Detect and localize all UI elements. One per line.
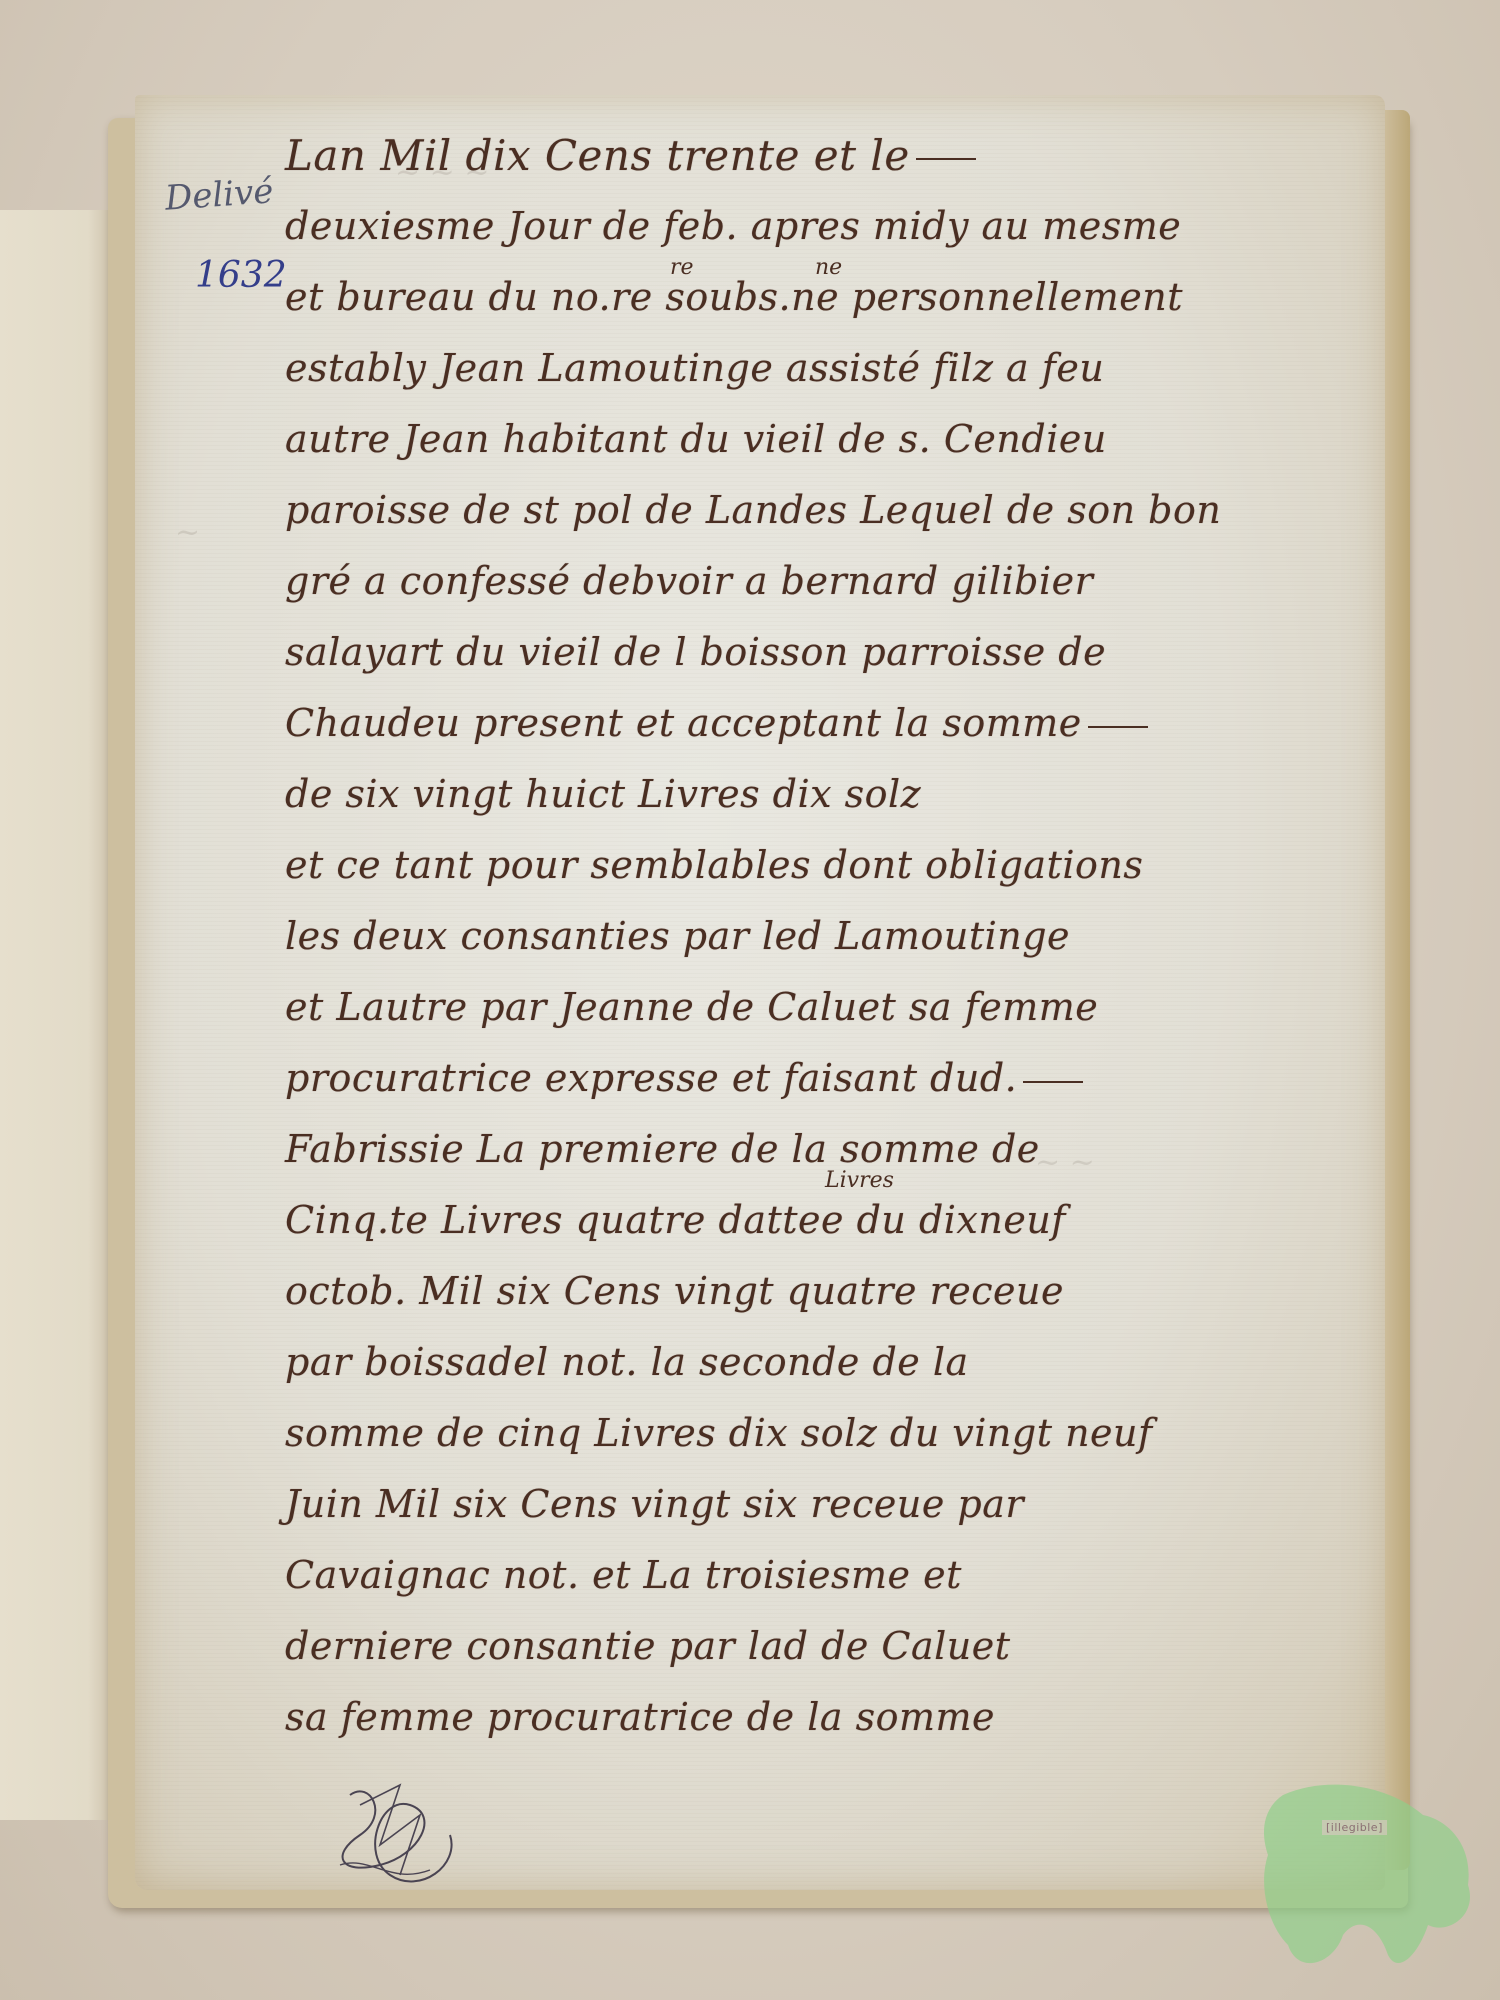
manuscript-line-12: les deux consanties par led Lamoutinge <box>285 901 1345 972</box>
manuscript-line-4: estably Jean Lamoutinge assisté filz a f… <box>285 333 1345 404</box>
interlinear-superscript: re <box>670 255 694 280</box>
manuscript-line-16: Cinq.te Livres quatre dattee du dixneuf <box>285 1185 1345 1256</box>
manuscript-line-10: de six vingt huict Livres dix solz <box>285 759 1345 830</box>
manuscript-line-7: gré a confessé debvoir a bernard gilibie… <box>285 546 1345 617</box>
manuscript-line-11: et ce tant pour semblables dont obligati… <box>285 830 1345 901</box>
margin-note-year: 1632 <box>195 255 287 296</box>
interlinear-superscript: ne <box>815 255 842 280</box>
manuscript-page: ~ ~ ~ ~ ~ ~ Delivé 1632 Lan Mil dix Cens… <box>135 95 1385 1890</box>
bleed-through-text: ~ <box>175 515 200 550</box>
manuscript-line-18: par boissadel not. la seconde de la <box>285 1327 1345 1398</box>
manuscript-line-8: salayart du vieil de l boisson parroisse… <box>285 617 1345 688</box>
manuscript-line-9: Chaudeu present et acceptant la somme <box>285 688 1345 759</box>
signature-paraph <box>330 1775 480 1890</box>
watermark-map-logo <box>1248 1775 1478 1985</box>
manuscript-line-1: Lan Mil dix Cens trente et le <box>285 120 1345 191</box>
manuscript-line-2: deuxiesme Jour de feb. apres midy au mes… <box>285 191 1345 262</box>
adjacent-sheet <box>0 210 112 1820</box>
interlinear-insertion: Livres <box>825 1168 894 1193</box>
manuscript-line-15: Fabrissie La premiere de la somme de <box>285 1114 1345 1185</box>
manuscript-line-5: autre Jean habitant du vieil de s. Cendi… <box>285 404 1345 475</box>
manuscript-line-13: et Lautre par Jeanne de Caluet sa femme <box>285 972 1345 1043</box>
manuscript-line-17: octob. Mil six Cens vingt quatre receue <box>285 1256 1345 1327</box>
manuscript-line-6: paroisse de st pol de Landes Lequel de s… <box>285 475 1345 546</box>
manuscript-line-23: sa femme procuratrice de la somme <box>285 1682 1345 1753</box>
manuscript-line-21: Cavaignac not. et La troisiesme et <box>285 1540 1345 1611</box>
manuscript-text: Lan Mil dix Cens trente et le deuxiesme … <box>285 120 1345 1753</box>
manuscript-line-22: derniere consantie par lad de Caluet <box>285 1611 1345 1682</box>
manuscript-line-19: somme de cinq Livres dix solz du vingt n… <box>285 1398 1345 1469</box>
margin-note-name: Delivé <box>164 171 275 218</box>
manuscript-line-20: Juin Mil six Cens vingt six receue par <box>285 1469 1345 1540</box>
manuscript-line-14: procuratrice expresse et faisant dud. <box>285 1043 1345 1114</box>
watermark-label: [illegible] <box>1322 1820 1387 1835</box>
